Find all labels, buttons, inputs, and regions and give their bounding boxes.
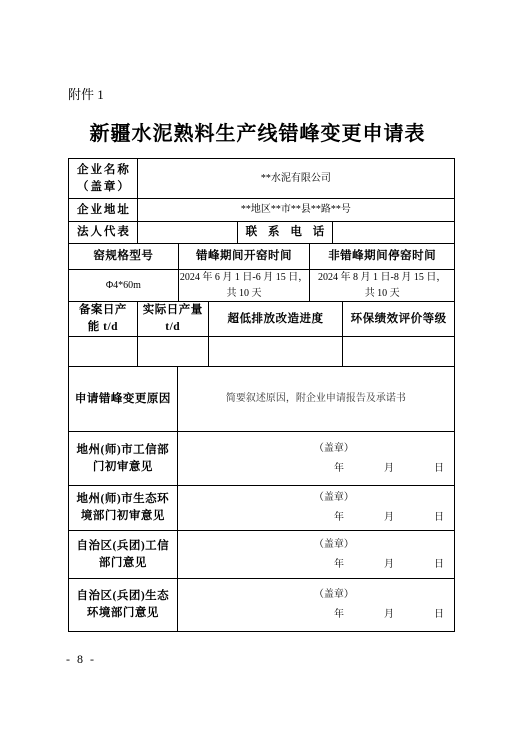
opinion-row-region-industry: 自治区(兵团)工信 部门意见 （盖章） 年 月 日 (69, 531, 455, 579)
opinion-stamp-cell: （盖章） 年 月 日 (178, 531, 455, 579)
date-placeholder: 年 月 日 (178, 605, 454, 625)
registered-capacity-value-cell (69, 337, 138, 367)
opinion-row-region-ecology: 自治区(兵团)生态 环境部门意见 （盖章） 年 月 日 (69, 579, 455, 632)
document-page: 附件 1 新疆水泥熟料生产线错峰变更申请表 企业名称 （盖章） **水泥有限公司… (0, 0, 515, 729)
date-placeholder: 年 月 日 (178, 508, 454, 528)
kiln-value-row: Φ4*60m 2024 年 6 月 1 日-6 月 15 日， 共 10 天 2… (69, 270, 455, 302)
actual-output-value-cell (138, 337, 209, 367)
capacity-value-row (69, 337, 455, 367)
opinion-stamp-cell: （盖章） 年 月 日 (178, 486, 455, 531)
peak-open-time-value: 2024 年 6 月 1 日-6 月 15 日， 共 10 天 (179, 270, 311, 302)
company-name-value: **水泥有限公司 (138, 159, 455, 199)
opinion-label: 地州(师)市工信部 门初审意见 (69, 432, 178, 486)
nonpeak-stop-time-value: 2024 年 8 月 1 日-8 月 15 日， 共 10 天 (310, 270, 455, 302)
opinion-label: 地州(师)市生态环 境部门初审意见 (69, 486, 178, 531)
opinion-row-prefecture-industry: 地州(师)市工信部 门初审意见 （盖章） 年 月 日 (69, 432, 455, 486)
change-reason-value: 简要叙述原因，附企业申请报告及承诺书 (178, 367, 455, 432)
retrofit-progress-value-cell (209, 337, 344, 367)
opinion-stamp-cell: （盖章） 年 月 日 (178, 579, 455, 632)
kiln-header-row: 窑规格型号 错峰期间开窑时间 非错峰期间停窑时间 (69, 244, 455, 270)
company-name-label: 企业名称 （盖章） (69, 159, 138, 199)
date-placeholder: 年 月 日 (178, 459, 454, 479)
opinion-row-prefecture-ecology: 地州(师)市生态环 境部门初审意见 （盖章） 年 月 日 (69, 486, 455, 531)
company-address-label: 企业地址 (69, 199, 138, 222)
registered-capacity-header: 备案日产 能 t/d (69, 302, 138, 337)
legal-rep-row: 法人代表 联系电话 (69, 222, 455, 244)
capacity-header-row: 备案日产 能 t/d 实际日产量 t/d 超低排放改造进度 环保绩效评价等级 (69, 302, 455, 337)
seal-label: （盖章） (196, 488, 455, 508)
legal-rep-value-cell (138, 222, 238, 244)
company-name-row: 企业名称 （盖章） **水泥有限公司 (69, 159, 455, 199)
seal-label: （盖章） (196, 585, 455, 605)
company-address-value: **地区**市**县**路**号 (138, 199, 455, 222)
contact-phone-label: 联系电话 (238, 222, 334, 244)
legal-rep-label: 法人代表 (69, 222, 138, 244)
page-number: - 8 - (66, 652, 96, 667)
page-title: 新疆水泥熟料生产线错峰变更申请表 (0, 117, 515, 146)
kiln-spec-value: Φ4*60m (69, 270, 179, 302)
retrofit-progress-header: 超低排放改造进度 (209, 302, 344, 337)
contact-phone-value-cell (333, 222, 455, 244)
actual-output-header: 实际日产量 t/d (138, 302, 209, 337)
performance-grade-value-cell (343, 337, 455, 367)
opinion-label: 自治区(兵团)工信 部门意见 (69, 531, 178, 579)
seal-label: （盖章） (196, 439, 455, 459)
opinion-label: 自治区(兵团)生态 环境部门意见 (69, 579, 178, 632)
seal-label: （盖章） (196, 535, 455, 555)
peak-open-time-header: 错峰期间开窑时间 (179, 244, 311, 270)
kiln-spec-header: 窑规格型号 (69, 244, 179, 270)
nonpeak-stop-time-header: 非错峰期间停窑时间 (310, 244, 455, 270)
application-table: 企业名称 （盖章） **水泥有限公司 企业地址 **地区**市**县**路**号… (68, 158, 455, 632)
date-placeholder: 年 月 日 (178, 555, 454, 575)
change-reason-row: 申请错峰变更原因 简要叙述原因，附企业申请报告及承诺书 (69, 367, 455, 432)
opinion-stamp-cell: （盖章） 年 月 日 (178, 432, 455, 486)
performance-grade-header: 环保绩效评价等级 (343, 302, 455, 337)
attachment-label: 附件 1 (68, 84, 104, 103)
change-reason-label: 申请错峰变更原因 (69, 367, 178, 432)
company-address-row: 企业地址 **地区**市**县**路**号 (69, 199, 455, 222)
